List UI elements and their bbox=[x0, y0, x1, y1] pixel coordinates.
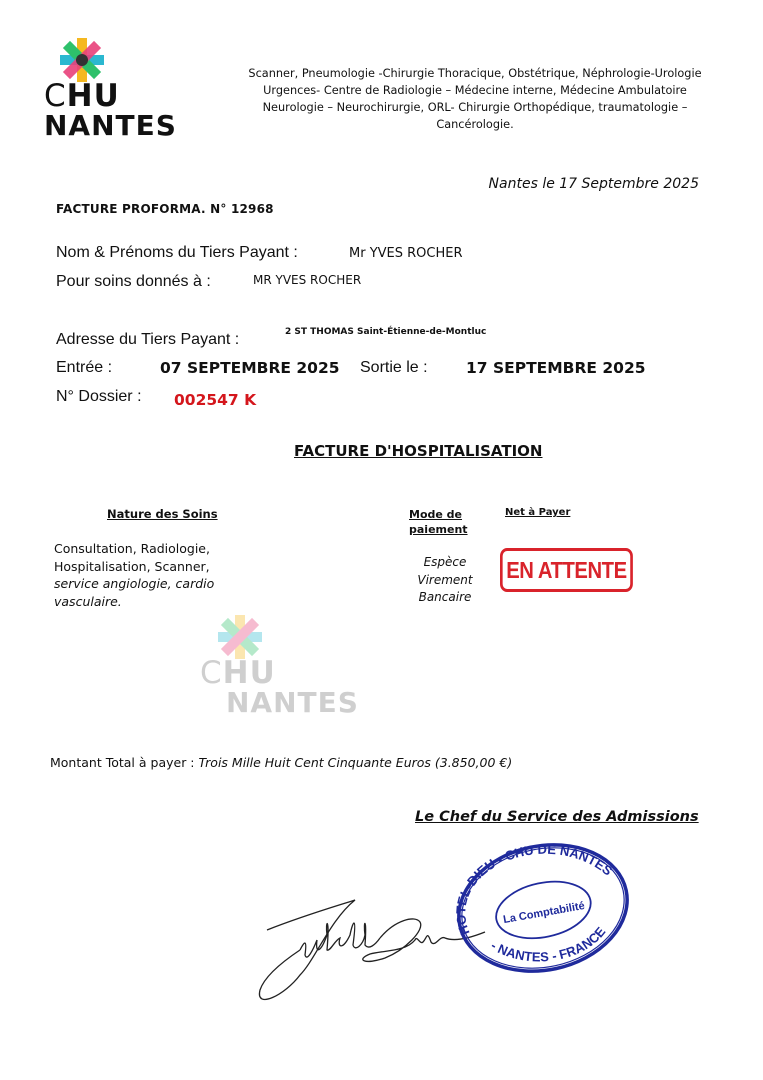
dossier-label: N° Dossier : bbox=[56, 388, 142, 406]
soins-label: Pour soins donnés à : bbox=[56, 273, 211, 291]
services-line: Scanner, Pneumologie -Chirurgie Thoraciq… bbox=[240, 65, 710, 82]
adresse-label: Adresse du Tiers Payant : bbox=[56, 331, 239, 349]
proforma-number: FACTURE PROFORMA. N° 12968 bbox=[56, 202, 274, 216]
sortie-label: Sortie le : bbox=[360, 359, 428, 377]
total-value: Trois Mille Huit Cent Cinquante Euros (3… bbox=[199, 755, 513, 770]
net-a-payer-header: Net à Payer bbox=[505, 507, 570, 518]
document-date: Nantes le 17 Septembre 2025 bbox=[489, 176, 699, 192]
seal-center-text: La Comptabilité bbox=[502, 900, 585, 926]
soins-value: MR YVES ROCHER bbox=[253, 273, 361, 287]
entree-value: 07 SEPTEMBRE 2025 bbox=[160, 359, 340, 377]
logo-chu-text: CHU bbox=[44, 80, 120, 112]
services-line: Urgences- Centre de Radiologie – Médecin… bbox=[240, 82, 710, 99]
mode-header-line: Mode de bbox=[409, 507, 468, 522]
svg-text:- NANTES - FRANCE: - NANTES - FRANCE bbox=[488, 924, 608, 965]
accounting-seal-stamp-icon: HOTEL-DIEU - CHU DE NANTES - NANTES - FR… bbox=[448, 838, 638, 978]
nature-soins-list: Consultation, Radiologie, Hospitalisatio… bbox=[54, 540, 254, 610]
payment-mode: Virement bbox=[410, 572, 480, 590]
total-amount: Montant Total à payer : Trois Mille Huit… bbox=[50, 755, 512, 770]
sortie-value: 17 SEPTEMBRE 2025 bbox=[466, 359, 646, 377]
dossier-value: 002547 K bbox=[174, 391, 256, 409]
nature-soins-header: Nature des Soins bbox=[107, 507, 218, 521]
watermark-logo: CHU NANTES bbox=[200, 615, 370, 720]
payment-modes: Espèce Virement Bancaire bbox=[410, 554, 480, 607]
chu-asterisk-logo-icon bbox=[60, 38, 104, 82]
nature-soins-line: Hospitalisation, Scanner, bbox=[54, 558, 254, 576]
en-attente-stamp: EN ATTENTE bbox=[500, 548, 633, 592]
mode-header-line: paiement bbox=[409, 522, 468, 537]
seal-bottom-text: - NANTES - FRANCE bbox=[488, 924, 608, 965]
logo-nantes-text: NANTES bbox=[44, 110, 177, 142]
services-list: Scanner, Pneumologie -Chirurgie Thoraciq… bbox=[240, 65, 710, 133]
tiers-payant-value: Mr YVES ROCHER bbox=[349, 246, 463, 261]
mode-paiement-header: Mode de paiement bbox=[409, 507, 468, 537]
invoice-title: FACTURE D'HOSPITALISATION bbox=[294, 442, 542, 460]
total-label: Montant Total à payer : bbox=[50, 755, 199, 770]
chu-nantes-logo: CHU NANTES bbox=[44, 38, 214, 143]
tiers-payant-label: Nom & Prénoms du Tiers Payant : bbox=[56, 244, 298, 262]
services-line: Neurologie – Neurochirurgie, ORL- Chirur… bbox=[240, 99, 710, 116]
signatory-title: Le Chef du Service des Admissions bbox=[415, 809, 699, 825]
nature-soins-line: service angiologie, cardio bbox=[54, 575, 254, 593]
services-line: Cancérologie. bbox=[240, 116, 710, 133]
nature-soins-line: Consultation, Radiologie, bbox=[54, 540, 254, 558]
payment-mode: Espèce bbox=[410, 554, 480, 572]
watermark-nantes-text: NANTES bbox=[226, 687, 359, 719]
svg-text:HOTEL-DIEU - CHU DE NANTES: HOTEL-DIEU - CHU DE NANTES bbox=[453, 842, 615, 938]
seal-top-text: HOTEL-DIEU - CHU DE NANTES bbox=[453, 842, 615, 938]
chu-asterisk-watermark-icon bbox=[218, 615, 262, 659]
adresse-value: 2 ST THOMAS Saint-Étienne-de-Montluc bbox=[285, 327, 486, 337]
entree-label: Entrée : bbox=[56, 359, 112, 377]
watermark-chu-text: CHU bbox=[200, 657, 276, 689]
payment-mode: Bancaire bbox=[410, 589, 480, 607]
nature-soins-line: vasculaire. bbox=[54, 593, 254, 611]
